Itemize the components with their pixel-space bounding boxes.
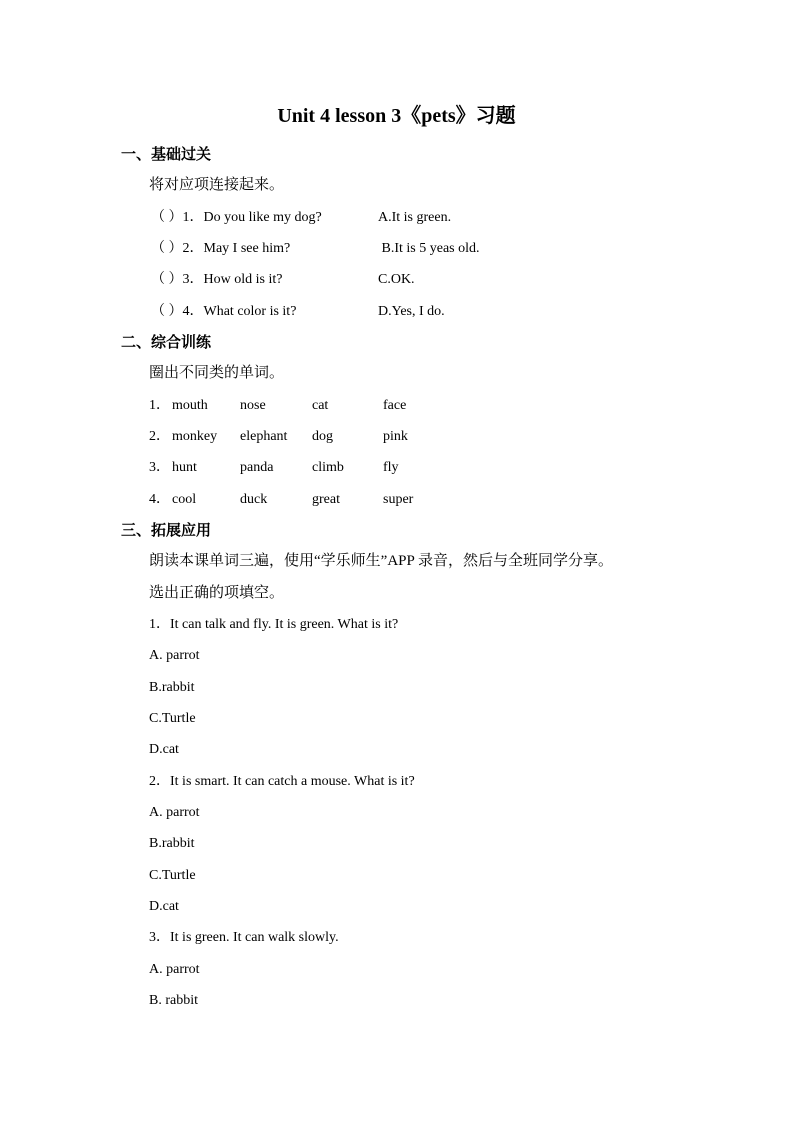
worksheet-page: Unit 4 lesson 3《pets》习题 一、基础过关 将对应项连接起来。… — [0, 0, 793, 1122]
word-row-1-word-1: mouth — [172, 390, 240, 421]
question-2-option-d: D.cat — [0, 891, 793, 922]
worksheet-content: 一、基础过关 将对应项连接起来。 （ ）1．Do you like my dog… — [0, 139, 793, 1016]
match-left-2: （ ）2．May I see him? — [151, 233, 378, 264]
section-3-heading: 三、拓展应用 — [0, 515, 793, 546]
question-1: 1．It can talk and fly. It is green. What… — [0, 609, 793, 640]
word-row-3-word-3: climb — [312, 452, 383, 483]
match-right-4: D.Yes, I do. — [378, 296, 793, 327]
match-right-1: A.It is green. — [378, 202, 793, 233]
match-row-3: （ ）3．How old is it? C.OK. — [0, 264, 793, 295]
word-row-3: 3． hunt panda climb fly — [0, 452, 793, 483]
word-row-2: 2． monkey elephant dog pink — [0, 421, 793, 452]
question-3: 3．It is green. It can walk slowly. — [0, 922, 793, 953]
section-2-heading: 二、综合训练 — [0, 327, 793, 358]
word-row-4-word-3: great — [312, 484, 383, 515]
word-row-4-word-2: duck — [240, 484, 312, 515]
section-3-instruction-2: 选出正确的项填空。 — [0, 578, 793, 609]
question-1-option-b: B.rabbit — [0, 672, 793, 703]
word-row-3-word-2: panda — [240, 452, 312, 483]
question-2-option-c: C.Turtle — [0, 860, 793, 891]
word-row-2-word-4: pink — [383, 421, 408, 452]
section-1-heading: 一、基础过关 — [0, 139, 793, 170]
question-2-option-b: B.rabbit — [0, 828, 793, 859]
question-3-option-a: A. parrot — [0, 954, 793, 985]
word-row-2-word-2: elephant — [240, 421, 312, 452]
match-left-3: （ ）3．How old is it? — [151, 264, 378, 295]
word-row-2-word-1: monkey — [172, 421, 240, 452]
word-row-3-word-4: fly — [383, 452, 399, 483]
question-2: 2．It is smart. It can catch a mouse. Wha… — [0, 766, 793, 797]
question-1-option-c: C.Turtle — [0, 703, 793, 734]
match-row-1: （ ）1．Do you like my dog? A.It is green. — [0, 202, 793, 233]
word-row-4-number: 4． — [149, 484, 172, 515]
question-1-option-d: D.cat — [0, 734, 793, 765]
match-left-4: （ ）4．What color is it? — [151, 296, 378, 327]
word-row-4: 4． cool duck great super — [0, 484, 793, 515]
question-1-option-a: A. parrot — [0, 640, 793, 671]
question-2-option-a: A. parrot — [0, 797, 793, 828]
question-3-option-b: B. rabbit — [0, 985, 793, 1016]
word-row-1-number: 1． — [149, 390, 172, 421]
word-row-2-number: 2． — [149, 421, 172, 452]
word-row-1: 1． mouth nose cat face — [0, 390, 793, 421]
section-1-instruction: 将对应项连接起来。 — [0, 170, 793, 201]
word-row-2-word-3: dog — [312, 421, 383, 452]
word-row-1-word-4: face — [383, 390, 406, 421]
section-3-instruction-1: 朗读本课单词三遍，使用“学乐师生”APP 录音，然后与全班同学分享。 — [0, 546, 793, 577]
section-2-instruction: 圈出不同类的单词。 — [0, 358, 793, 389]
match-row-2: （ ）2．May I see him? B.It is 5 yeas old. — [0, 233, 793, 264]
word-row-3-number: 3． — [149, 452, 172, 483]
word-row-4-word-4: super — [383, 484, 413, 515]
match-row-4: （ ）4．What color is it? D.Yes, I do. — [0, 296, 793, 327]
match-right-3: C.OK. — [378, 264, 793, 295]
page-title: Unit 4 lesson 3《pets》习题 — [0, 0, 793, 129]
word-row-4-word-1: cool — [172, 484, 240, 515]
match-left-1: （ ）1．Do you like my dog? — [151, 202, 378, 233]
word-row-1-word-2: nose — [240, 390, 312, 421]
match-right-2: B.It is 5 yeas old. — [378, 233, 793, 264]
word-row-3-word-1: hunt — [172, 452, 240, 483]
word-row-1-word-3: cat — [312, 390, 383, 421]
